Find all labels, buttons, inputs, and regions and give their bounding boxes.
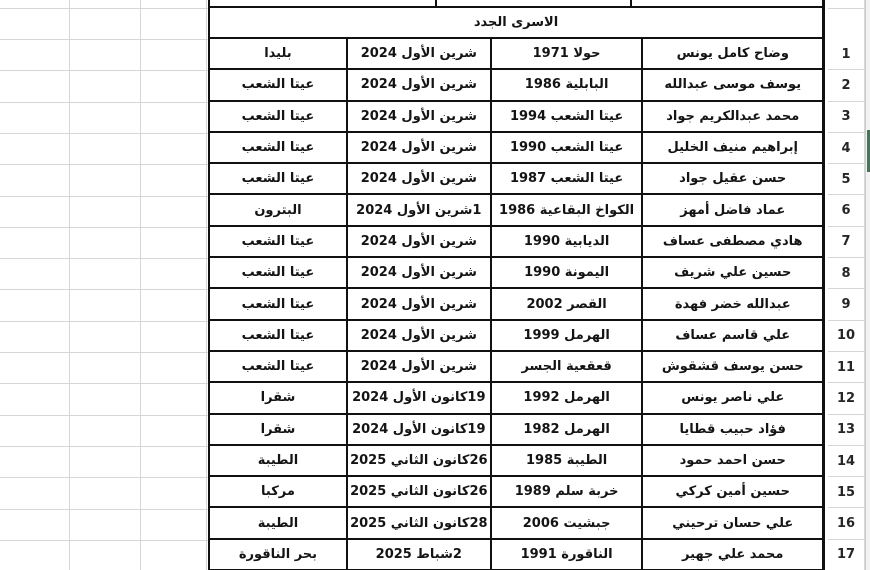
cell-date[interactable]: 1شرين الأول 2024: [346, 195, 490, 224]
cell-place[interactable]: عيتا الشعب: [210, 227, 346, 256]
gridline: [0, 477, 208, 478]
cutoff-row: [210, 0, 822, 8]
cell-birthplace[interactable]: جبشيت 2006: [490, 508, 642, 537]
table-row: حسن احمد حمود الطيبة 1985 26كانون الثاني…: [210, 446, 822, 477]
cell-place[interactable]: عيتا الشعب: [210, 164, 346, 193]
cell-date[interactable]: شرين الأول 2024: [346, 70, 490, 99]
cell-birthplace[interactable]: الهرمل 1992: [490, 383, 642, 412]
cell-place[interactable]: عيتا الشعب: [210, 133, 346, 162]
cell-name[interactable]: يوسف موسى عبدالله: [641, 70, 822, 99]
cell-birthplace[interactable]: الناقورة 1991: [490, 540, 642, 569]
cell-name[interactable]: حسين علي شريف: [641, 258, 822, 287]
cell-name[interactable]: محمد علي جهير: [641, 540, 822, 569]
cell-name[interactable]: فؤاد حبيب قطايا: [641, 415, 822, 444]
gridline: [0, 133, 208, 134]
vertical-scrollbar[interactable]: [865, 0, 870, 570]
cell-place[interactable]: عيتا الشعب: [210, 289, 346, 318]
cell-name[interactable]: إبراهيم منيف الخليل: [641, 133, 822, 162]
row-number-cell[interactable]: 2: [828, 70, 864, 101]
row-number-cell[interactable]: 16: [828, 509, 864, 540]
cell-date[interactable]: 19كانون الأول 2024: [346, 415, 490, 444]
section-header-row[interactable]: الاسرى الجدد: [210, 8, 822, 39]
row-number-cell[interactable]: 6: [828, 196, 864, 227]
cell-place[interactable]: شقرا: [210, 415, 346, 444]
cell-date[interactable]: شرين الأول 2024: [346, 164, 490, 193]
gridline: [0, 164, 208, 165]
gridline: [140, 0, 141, 570]
row-number-cell[interactable]: 14: [828, 446, 864, 477]
cell-place[interactable]: بليدا: [210, 39, 346, 68]
cell-date[interactable]: شرين الأول 2024: [346, 352, 490, 381]
cell-birthplace[interactable]: القصر 2002: [490, 289, 642, 318]
cell-name[interactable]: حسن يوسف قشقوش: [641, 352, 822, 381]
table-row: حسين علي شريف اليمونة 1990 شرين الأول 20…: [210, 258, 822, 289]
gridline: [0, 352, 208, 353]
cell-place[interactable]: عيتا الشعب: [210, 258, 346, 287]
gridline: [0, 102, 208, 103]
table-row: إبراهيم منيف الخليل عيتا الشعب 1990 شرين…: [210, 133, 822, 164]
gridline: [0, 446, 208, 447]
row-number-cell[interactable]: 15: [828, 477, 864, 508]
gridline: [0, 540, 208, 541]
cell-place[interactable]: شقرا: [210, 383, 346, 412]
cell-place[interactable]: الطيبة: [210, 446, 346, 475]
cell-place[interactable]: الطيبة: [210, 508, 346, 537]
table-row: فؤاد حبيب قطايا الهرمل 1982 19كانون الأو…: [210, 415, 822, 446]
cell-birthplace[interactable]: عيتا الشعب 1987: [490, 164, 642, 193]
cell-date[interactable]: شرين الأول 2024: [346, 258, 490, 287]
cell-name[interactable]: عبدالله خضر فهدة: [641, 289, 822, 318]
table-row: محمد علي جهير الناقورة 1991 2شباط 2025 ب…: [210, 540, 822, 570]
cell-date[interactable]: 2شباط 2025: [346, 540, 490, 569]
cell-birthplace[interactable]: الكواخ البقاعية 1986: [490, 195, 642, 224]
cell-place[interactable]: عيتا الشعب: [210, 102, 346, 131]
row-number-cell[interactable]: 3: [828, 102, 864, 133]
table-row: عبدالله خضر فهدة القصر 2002 شرين الأول 2…: [210, 289, 822, 320]
cell-name[interactable]: وضاح كامل يونس: [641, 39, 822, 68]
section-header-label: الاسرى الجدد: [474, 15, 558, 30]
cell-name[interactable]: حسن احمد حمود: [641, 446, 822, 475]
cell-name[interactable]: حسن عقيل جواد: [641, 164, 822, 193]
cell-place[interactable]: عيتا الشعب: [210, 352, 346, 381]
cell-name[interactable]: هادي مصطفى عساف: [641, 227, 822, 256]
cell-date[interactable]: 19كانون الأول 2024: [346, 383, 490, 412]
table-row: يوسف موسى عبدالله البابلية 1986 شرين الأ…: [210, 70, 822, 101]
gridline: [206, 0, 207, 570]
gridline: [0, 70, 208, 71]
gridline: [0, 383, 208, 384]
cell-name[interactable]: حسين أمين كركي: [641, 477, 822, 506]
cell-place[interactable]: عيتا الشعب: [210, 321, 346, 350]
table-row: حسن يوسف قشقوش قعقعية الجسر شرين الأول 2…: [210, 352, 822, 383]
cell-date[interactable]: 26كانون الثاني 2025: [346, 477, 490, 506]
table-row: عماد فاضل أمهز الكواخ البقاعية 1986 1شري…: [210, 195, 822, 226]
spreadsheet-screen: الاسرى الجدد وضاح كامل يونس حولا 1971 شر…: [0, 0, 870, 570]
cell-date[interactable]: شرين الأول 2024: [346, 227, 490, 256]
cell-date[interactable]: 26كانون الثاني 2025: [346, 446, 490, 475]
row-number-cell[interactable]: 10: [828, 321, 864, 352]
cell-birthplace[interactable]: عيتا الشعب 1994: [490, 102, 642, 131]
gridline: [0, 196, 208, 197]
table-row: علي ناصر يونس الهرمل 1992 19كانون الأول …: [210, 383, 822, 414]
row-number-column: 1234567891011121314151617: [828, 0, 865, 570]
cell-border: [630, 0, 632, 6]
row-number-cell[interactable]: 4: [828, 133, 864, 164]
gridline: [0, 227, 208, 228]
cell-birthplace[interactable]: الهرمل 1999: [490, 321, 642, 350]
cell-date[interactable]: شرين الأول 2024: [346, 39, 490, 68]
cell-birthplace[interactable]: عيتا الشعب 1990: [490, 133, 642, 162]
row-number-cell[interactable]: 9: [828, 289, 864, 320]
gridline: [0, 321, 208, 322]
cell-date[interactable]: شرين الأول 2024: [346, 289, 490, 318]
table-row: حسين أمين كركي خربة سلم 1989 26كانون الث…: [210, 477, 822, 508]
row-number-cell[interactable]: 13: [828, 415, 864, 446]
gridline: [0, 415, 208, 416]
gridline: [0, 39, 208, 40]
gridline: [0, 8, 208, 9]
cell-birthplace[interactable]: حولا 1971: [490, 39, 642, 68]
row-number-cell[interactable]: 5: [828, 164, 864, 195]
gridline: [0, 509, 208, 510]
cell-date[interactable]: 28كانون الثاني 2025: [346, 508, 490, 537]
cell-birthplace[interactable]: اليمونة 1990: [490, 258, 642, 287]
cell-place[interactable]: عيتا الشعب: [210, 70, 346, 99]
cell-name[interactable]: علي قاسم عساف: [641, 321, 822, 350]
cell-name[interactable]: علي حسان ترحيني: [641, 508, 822, 537]
cell-place[interactable]: بحر الناقورة: [210, 540, 346, 569]
cell-birthplace[interactable]: الطيبة 1985: [490, 446, 642, 475]
cell-date[interactable]: شرين الأول 2024: [346, 102, 490, 131]
row-number-cell[interactable]: 12: [828, 383, 864, 414]
cell-date[interactable]: شرين الأول 2024: [346, 321, 490, 350]
table-row: وضاح كامل يونس حولا 1971 شرين الأول 2024…: [210, 39, 822, 70]
cell-name[interactable]: عماد فاضل أمهز: [641, 195, 822, 224]
row-number-cell[interactable]: 1: [828, 39, 864, 70]
gridline: [69, 0, 70, 570]
cell-place[interactable]: البترون: [210, 195, 346, 224]
cell-birthplace[interactable]: البابلية 1986: [490, 70, 642, 99]
cell-name[interactable]: علي ناصر يونس: [641, 383, 822, 412]
row-number-cell[interactable]: 8: [828, 258, 864, 289]
cell-border: [435, 0, 437, 6]
cell-birthplace[interactable]: قعقعية الجسر: [490, 352, 642, 381]
table-row: حسن عقيل جواد عيتا الشعب 1987 شرين الأول…: [210, 164, 822, 195]
cell-birthplace[interactable]: الهرمل 1982: [490, 415, 642, 444]
table-row: محمد عبدالكريم جواد عيتا الشعب 1994 شرين…: [210, 102, 822, 133]
cell-birthplace[interactable]: خربة سلم 1989: [490, 477, 642, 506]
cell-place[interactable]: مركبا: [210, 477, 346, 506]
cell-date[interactable]: شرين الأول 2024: [346, 133, 490, 162]
table-row: علي قاسم عساف الهرمل 1999 شرين الأول 202…: [210, 321, 822, 352]
row-number-cell[interactable]: 7: [828, 227, 864, 258]
row-number-cell[interactable]: 11: [828, 352, 864, 383]
prisoners-table: الاسرى الجدد وضاح كامل يونس حولا 1971 شر…: [208, 0, 825, 570]
table-rows: وضاح كامل يونس حولا 1971 شرين الأول 2024…: [210, 39, 822, 570]
table-row: هادي مصطفى عساف الديابية 1990 شرين الأول…: [210, 227, 822, 258]
cell-birthplace[interactable]: الديابية 1990: [490, 227, 642, 256]
row-number-cell[interactable]: 17: [828, 540, 864, 570]
gridline: [0, 289, 208, 290]
gridline: [0, 258, 208, 259]
cell-name[interactable]: محمد عبدالكريم جواد: [641, 102, 822, 131]
table-row: علي حسان ترحيني جبشيت 2006 28كانون الثان…: [210, 508, 822, 539]
